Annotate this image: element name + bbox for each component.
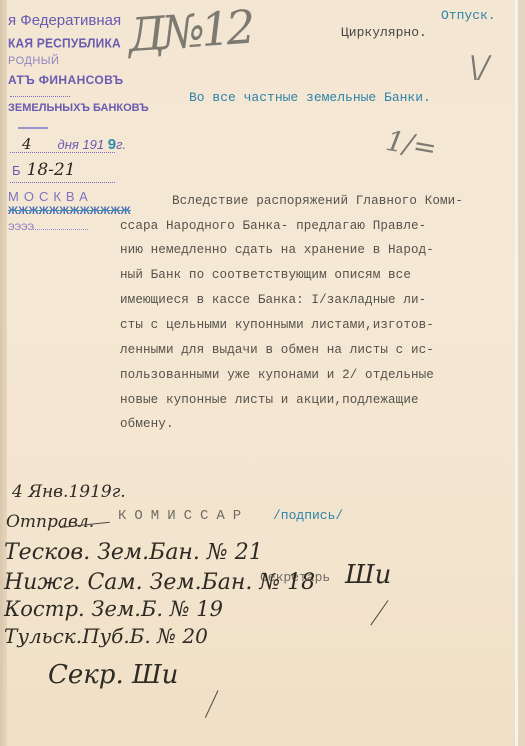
body-line: ный Банк по соответствующим описям все [120, 268, 411, 282]
stamp-number: Б18-21 [12, 160, 76, 180]
secretary-signature: Ши [345, 560, 391, 590]
stamp-date-day: 4 [22, 135, 32, 153]
stamp-line-people: РОДНЫЙ [8, 55, 59, 67]
recipient-line: Костр. Зем.Б. № 19 [4, 597, 223, 621]
stamp-date: 4дня 191 9г. [10, 135, 126, 153]
stamp-dotted-line [10, 182, 115, 183]
stamp-date-text: дня 191 [58, 137, 105, 152]
handwritten-sent-label: Отправл. [6, 512, 94, 532]
body-line: имеющиеся в кассе Банка: I/закладные ли- [120, 293, 426, 307]
document-number-pencil: Д№12 [126, 0, 253, 62]
stamp-divider [18, 127, 48, 129]
stamp-line-finance: АТЪ ФИНАНСОВЪ [8, 73, 123, 87]
stamp-sub-line: ЭЭЭЭ [8, 222, 34, 232]
stamp-dotted-line [30, 229, 88, 230]
stamp-date-year-digit: 9 [108, 136, 116, 153]
stamp-number-value: 18-21 [27, 160, 76, 180]
stamp-divider [10, 96, 70, 97]
page-right-edge [518, 0, 525, 746]
body-line: нию немедленно сдать на хранение в Народ… [120, 243, 434, 257]
stamp-city: МОСКВА [8, 189, 93, 204]
commissar-label: КОМИССАР [118, 508, 249, 524]
body-line: ленными для выдачи в обмен на листы с ис… [120, 343, 434, 357]
stamp-number-prefix: Б [12, 163, 21, 178]
recipient-line: Нижг. Сам. Зем.Бан. № 18 [4, 570, 315, 595]
final-signature: Секр. Ши [48, 660, 178, 690]
commissar-signature-placeholder: /подпись/ [273, 508, 343, 523]
recipient-line: Тесков. Зем.Бан. № 21 [4, 540, 263, 565]
body-line: пользованными уже купонами и 2/ отдельны… [120, 368, 434, 382]
body-line: обмену. [120, 417, 174, 431]
copy-label: Отпуск. [441, 8, 496, 23]
circular-label: Циркулярно. [341, 25, 427, 40]
stamp-line-federative: я Федеративная [8, 12, 121, 29]
check-mark-icon: \/ [469, 50, 489, 85]
stamp-struck-line: ЖЖЖЖЖЖЖЖЖЖЖЖ [8, 205, 131, 217]
stamp-date-suffix: г. [116, 137, 126, 152]
addressee: Во все частные земельные Банки. [189, 90, 431, 105]
recipient-line: Тульск.Пуб.Б. № 20 [4, 624, 208, 648]
body-line: Вследствие распоряжений Главного Коми- [172, 194, 463, 208]
stamp-line-republic: КАЯ РЕСПУБЛИКА [8, 35, 121, 50]
body-line: сты с цельными купонными листами,изготов… [120, 318, 434, 332]
stamp-dotted-line [10, 152, 115, 153]
stamp-line-land-banks: ЗЕМЕЛЬНЫХЪ БАНКОВЪ [8, 102, 149, 114]
body-line: новые купонные листы и акции,подлежащие [120, 393, 419, 407]
handwritten-date: 4 Янв.1919г. [12, 482, 126, 502]
body-line: ссара Народного Банка- предлагаю Правле- [120, 219, 426, 233]
